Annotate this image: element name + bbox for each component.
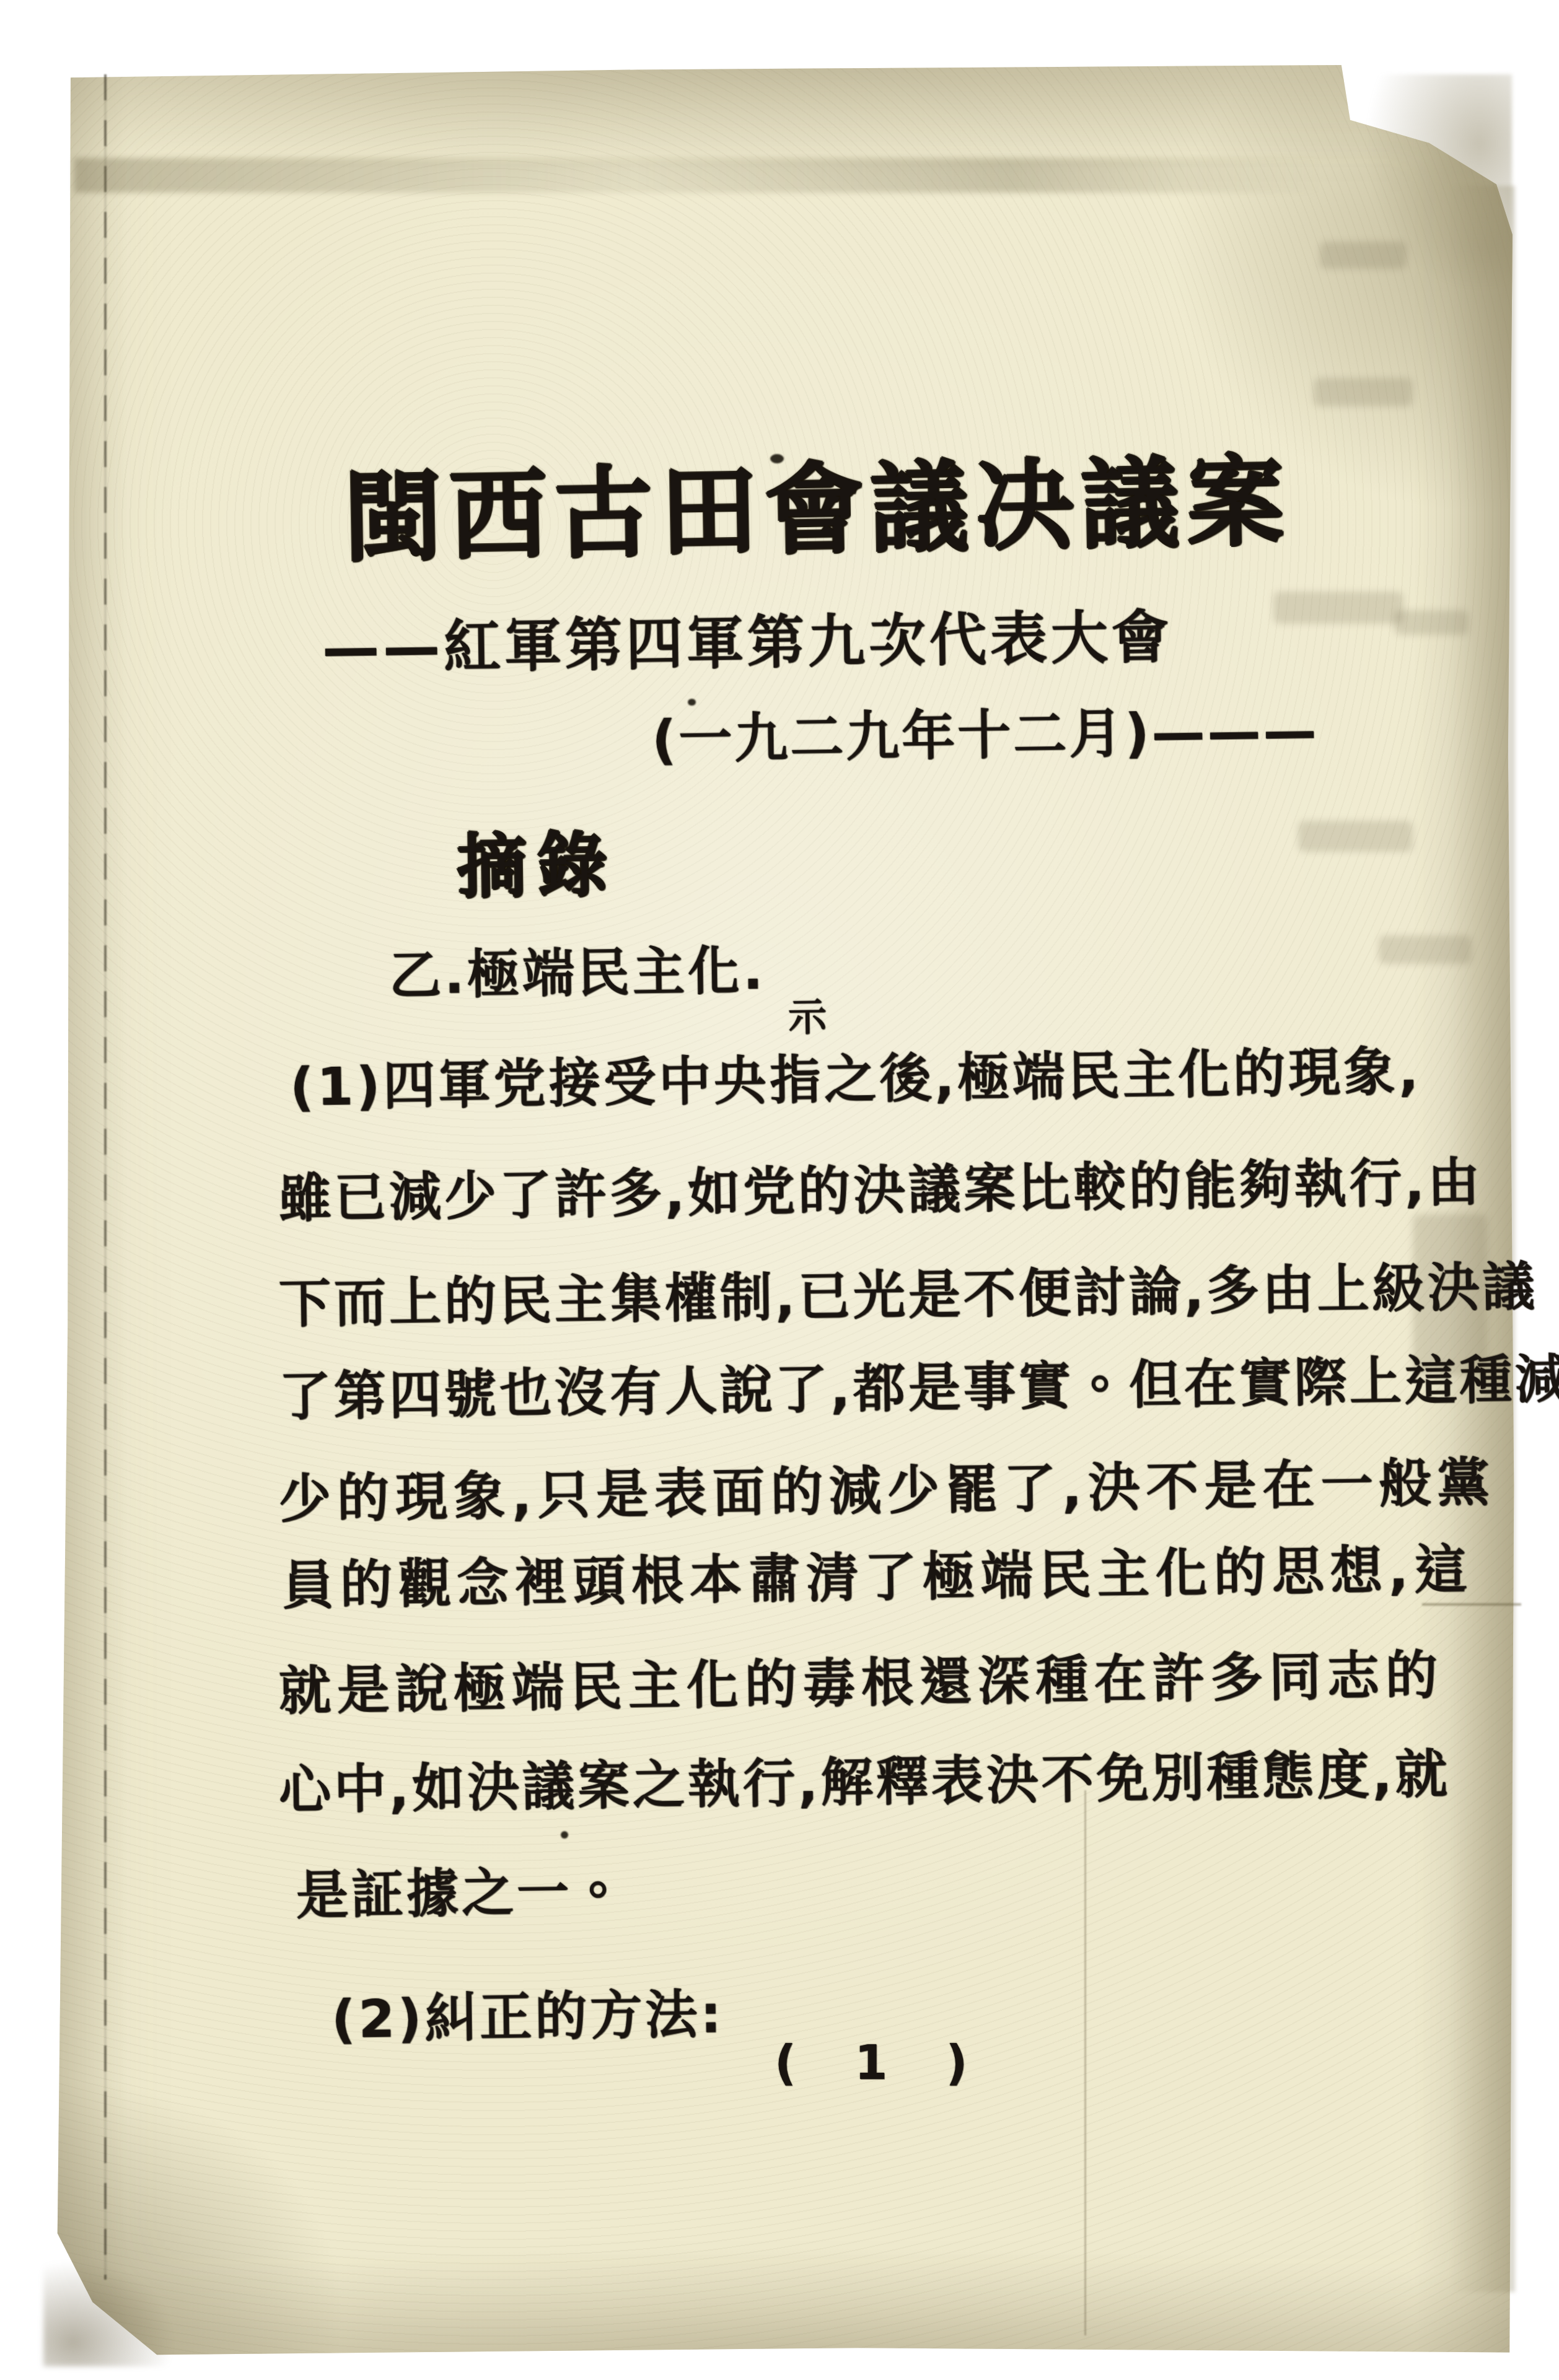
- manuscript-line: 少的現象,只是表面的減少罷了,決不是在一般黨: [278, 1456, 1496, 1525]
- manuscript-line: 乙.極端民主化.: [389, 945, 766, 1002]
- manuscript-line: (1)四軍党接受中央指之後,極端民主化的現象,: [289, 1046, 1421, 1113]
- excerpt-label: 摘錄: [457, 831, 619, 903]
- document-date-line: (一九二九年十二月)———: [651, 704, 1319, 767]
- document-subtitle: ——紅軍第四軍第九次代表大會: [322, 609, 1172, 678]
- page-number: ( 1 ): [775, 2039, 988, 2086]
- manuscript-line: 員的觀念裡頭根本肅清了極端民主化的思想,這: [281, 1543, 1473, 1612]
- manuscript-line: 是証據之一。: [296, 1865, 627, 1922]
- scanned-document: 閩西古田會議决議案 ——紅軍第四軍第九次代表大會 (一九二九年十二月)——— 摘…: [0, 0, 1559, 2380]
- document-title: 閩西古田會議决議案: [343, 453, 1293, 567]
- inserted-correction-char: 示: [788, 998, 827, 1037]
- manuscript-line: 就是說極端民主化的毒根還深種在許多同志的: [278, 1649, 1444, 1717]
- manuscript-line: 心中,如決議案之執行,解釋表決不免別種態度,就: [278, 1748, 1451, 1816]
- manuscript-line: (2)糾正的方法:: [331, 1988, 724, 2045]
- manuscript-line: 雖已減少了許多,如党的決議案比較的能夠執行,由: [278, 1156, 1483, 1225]
